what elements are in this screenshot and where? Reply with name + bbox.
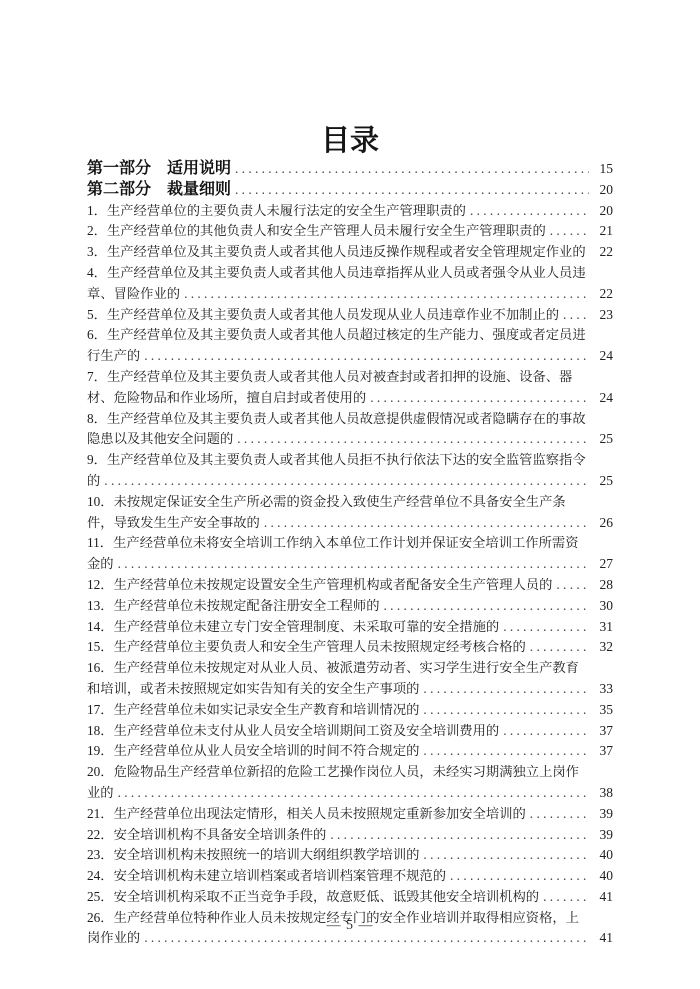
toc-entry-page: 20 <box>596 180 613 201</box>
toc-entry-label: 3．生产经营单位及其主要负责人或者其他人员违反操作规程或者安全管理规定作业的 <box>87 242 589 263</box>
toc-entry: 8．生产经营单位及其主要负责人或者其他人员故意提供虚假情况或者隐瞒存在的事故隐患… <box>87 409 613 451</box>
toc-entry-page: 25 <box>596 429 613 450</box>
toc-entry-label: 11．生产经营单位未将安全培训工作纳入本单位工作计划并保证安全培训工作所需资金的 <box>87 533 589 575</box>
toc-entry-label: 10．未按规定保证安全生产所必需的资金投入致使生产经营单位不具备安全生产条件，导… <box>87 492 589 534</box>
toc-entry-label: 9．生产经营单位及其主要负责人或者其他人员拒不执行依法下达的安全监管监察指令的 <box>87 450 589 492</box>
toc-entry: 2．生产经营单位的其他负责人和安全生产管理人员未履行安全生产管理职责的 21 <box>87 221 613 242</box>
toc-entry-label: 7．生产经营单位及其主要负责人或者其他人员对被查封或者扣押的设施、设备、器材、危… <box>87 367 589 409</box>
toc-entry-label: 第二部分 裁量细则 <box>87 180 589 201</box>
toc-entry-label: 23．安全培训机构未按照统一的培训大纲组织教学培训的 <box>87 845 589 866</box>
toc-entry-label: 6．生产经营单位及其主要负责人或者其他人员超过核定的生产能力、强度或者定员进行生… <box>87 325 589 367</box>
toc-entry-page: 41 <box>596 887 613 908</box>
toc-entry: 16．生产经营单位未按规定对从业人员、被派遣劳动者、实习学生进行安全生产教育和培… <box>87 658 613 700</box>
toc-entry: 13．生产经营单位未按规定配备注册安全工程师的 30 <box>87 596 613 617</box>
toc-entry-page: 27 <box>596 554 613 575</box>
toc-entry-label: 12．生产经营单位未按规定设置安全生产管理机构或者配备安全生产管理人员的 <box>87 575 589 596</box>
toc-entry-label: 16．生产经营单位未按规定对从业人员、被派遣劳动者、实习学生进行安全生产教育和培… <box>87 658 589 700</box>
toc-entry: 1．生产经营单位的主要负责人未履行法定的安全生产管理职责的 20 <box>87 201 613 222</box>
toc-entry: 7．生产经营单位及其主要负责人或者其他人员对被查封或者扣押的设施、设备、器材、危… <box>87 367 613 409</box>
toc-entry-page: 22 <box>596 284 613 305</box>
toc-entry-page: 37 <box>596 741 613 762</box>
toc-entry-label: 21．生产经营单位出现法定情形，相关人员未按照规定重新参加安全培训的 <box>87 804 589 825</box>
toc-entry: 5．生产经营单位及其主要负责人或者其他人员发现从业人员违章作业不加制止的 23 <box>87 305 613 326</box>
toc-entry-label: 17．生产经营单位未如实记录安全生产教育和培训情况的 <box>87 700 589 721</box>
toc-entry-label: 第一部分 适用说明 <box>87 159 589 180</box>
toc-entry-page: 15 <box>596 159 613 180</box>
toc-entry-label: 19．生产经营单位从业人员安全培训的时间不符合规定的 <box>87 741 589 762</box>
toc-entry-page: 20 <box>596 201 613 222</box>
toc-entry: 3．生产经营单位及其主要负责人或者其他人员违反操作规程或者安全管理规定作业的 2… <box>87 242 613 263</box>
toc-entry-page: 23 <box>596 305 613 326</box>
toc-entry-page: 40 <box>596 845 613 866</box>
toc-content: 目录 第一部分 适用说明 15 第二部分 裁量细则 20 1．生产经营单位的主要… <box>87 126 613 949</box>
toc-list: 第一部分 适用说明 15 第二部分 裁量细则 20 1．生产经营单位的主要负责人… <box>87 159 613 949</box>
page-title: 目录 <box>87 126 613 157</box>
toc-entry: 22．安全培训机构不具备安全培训条件的 39 <box>87 825 613 846</box>
toc-entry-page: 33 <box>596 679 613 700</box>
toc-entry-label: 13．生产经营单位未按规定配备注册安全工程师的 <box>87 596 589 617</box>
toc-entry-page: 37 <box>596 721 613 742</box>
toc-entry: 14．生产经营单位未建立专门安全管理制度、未采取可靠的安全措施的 31 <box>87 617 613 638</box>
toc-entry: 10．未按规定保证安全生产所必需的资金投入致使生产经营单位不具备安全生产条件，导… <box>87 492 613 534</box>
toc-entry: 11．生产经营单位未将安全培训工作纳入本单位工作计划并保证安全培训工作所需资金的… <box>87 533 613 575</box>
toc-entry-label: 2．生产经营单位的其他负责人和安全生产管理人员未履行安全生产管理职责的 <box>87 221 589 242</box>
toc-entry-label: 25．安全培训机构采取不正当竞争手段，故意贬低、诋毁其他安全培训机构的 <box>87 887 589 908</box>
toc-entry-page: 38 <box>596 783 613 804</box>
toc-entry: 25．安全培训机构采取不正当竞争手段，故意贬低、诋毁其他安全培训机构的 41 <box>87 887 613 908</box>
toc-entry-page: 39 <box>596 825 613 846</box>
toc-entry-label: 5．生产经营单位及其主要负责人或者其他人员发现从业人员违章作业不加制止的 <box>87 305 589 326</box>
toc-section-entry: 第一部分 适用说明 15 <box>87 159 613 180</box>
toc-entry-page: 39 <box>596 804 613 825</box>
toc-entry-page: 40 <box>596 866 613 887</box>
toc-entry-page: 25 <box>596 471 613 492</box>
toc-entry-page: 26 <box>596 513 613 534</box>
toc-entry: 4．生产经营单位及其主要负责人或者其他人员违章指挥从业人员或者强令从业人员违章、… <box>87 263 613 305</box>
page-number-footer: — 5 — <box>0 915 700 936</box>
toc-entry-page: 30 <box>596 596 613 617</box>
toc-entry-page: 24 <box>596 346 613 367</box>
toc-entry: 24．安全培训机构未建立培训档案或者培训档案管理不规范的 40 <box>87 866 613 887</box>
toc-entry-label: 24．安全培训机构未建立培训档案或者培训档案管理不规范的 <box>87 866 589 887</box>
toc-entry-page: 31 <box>596 617 613 638</box>
toc-entry: 23．安全培训机构未按照统一的培训大纲组织教学培训的 40 <box>87 845 613 866</box>
toc-entry-label: 14．生产经营单位未建立专门安全管理制度、未采取可靠的安全措施的 <box>87 617 589 638</box>
toc-entry: 15．生产经营单位主要负责人和安全生产管理人员未按照规定经考核合格的 32 <box>87 637 613 658</box>
toc-entry: 19．生产经营单位从业人员安全培训的时间不符合规定的 37 <box>87 741 613 762</box>
toc-entry: 21．生产经营单位出现法定情形，相关人员未按照规定重新参加安全培训的 39 <box>87 804 613 825</box>
toc-entry-label: 1．生产经营单位的主要负责人未履行法定的安全生产管理职责的 <box>87 201 589 222</box>
toc-entry-label: 8．生产经营单位及其主要负责人或者其他人员故意提供虚假情况或者隐瞒存在的事故隐患… <box>87 409 589 451</box>
toc-entry-label: 4．生产经营单位及其主要负责人或者其他人员违章指挥从业人员或者强令从业人员违章、… <box>87 263 589 305</box>
toc-entry: 20．危险物品生产经营单位新招的危险工艺操作岗位人员，未经实习期满独立上岗作业的… <box>87 762 613 804</box>
toc-entry: 18．生产经营单位未支付从业人员安全培训期间工资及安全培训费用的 37 <box>87 721 613 742</box>
toc-entry: 17．生产经营单位未如实记录安全生产教育和培训情况的 35 <box>87 700 613 721</box>
toc-entry-label: 22．安全培训机构不具备安全培训条件的 <box>87 825 589 846</box>
toc-entry: 9．生产经营单位及其主要负责人或者其他人员拒不执行依法下达的安全监管监察指令的 … <box>87 450 613 492</box>
toc-entry: 6．生产经营单位及其主要负责人或者其他人员超过核定的生产能力、强度或者定员进行生… <box>87 325 613 367</box>
toc-entry-page: 35 <box>596 700 613 721</box>
toc-entry-page: 21 <box>596 221 613 242</box>
toc-entry: 12．生产经营单位未按规定设置安全生产管理机构或者配备安全生产管理人员的 28 <box>87 575 613 596</box>
toc-entry-label: 15．生产经营单位主要负责人和安全生产管理人员未按照规定经考核合格的 <box>87 637 589 658</box>
toc-entry-page: 24 <box>596 388 613 409</box>
toc-entry-page: 32 <box>596 637 613 658</box>
toc-section-entry: 第二部分 裁量细则 20 <box>87 180 613 201</box>
toc-entry-page: 28 <box>596 575 613 596</box>
document-page: 目录 第一部分 适用说明 15 第二部分 裁量细则 20 1．生产经营单位的主要… <box>0 0 700 989</box>
toc-entry-label: 18．生产经营单位未支付从业人员安全培训期间工资及安全培训费用的 <box>87 721 589 742</box>
toc-entry-page: 22 <box>596 242 613 263</box>
toc-entry-label: 20．危险物品生产经营单位新招的危险工艺操作岗位人员，未经实习期满独立上岗作业的 <box>87 762 589 804</box>
